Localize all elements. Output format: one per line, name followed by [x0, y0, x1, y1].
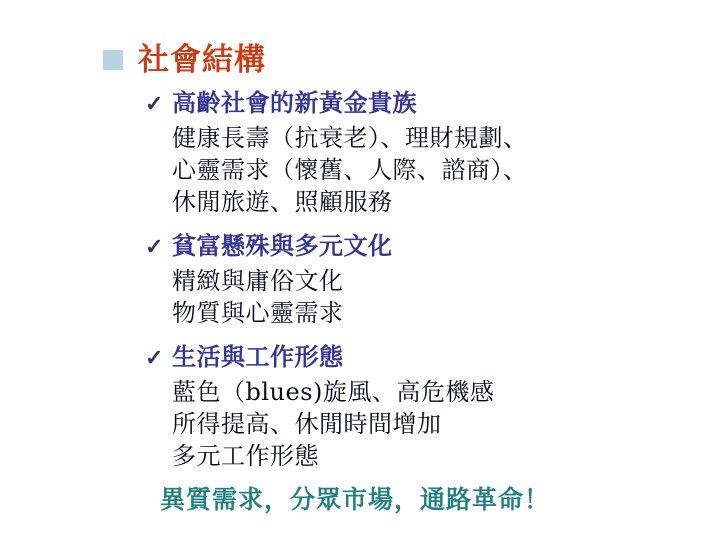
body-line: 休閒旅遊、照顧服務 [0, 186, 720, 218]
checkmark-icon: ✓ [145, 89, 172, 119]
body-line: 物質與心靈需求 [0, 297, 720, 329]
bullet-group: ✓ 生活與工作形態 藍色（blues)旋風、高危機感 所得提高、休閒時間增加 多… [0, 342, 720, 472]
body-line: 健康長壽（抗衰老）、理財規劃、 [0, 122, 720, 154]
bullet-group: ✓ 貧富懸殊與多元文化 精緻與庸俗文化 物質與心靈需求 [0, 231, 720, 329]
body-line: 精緻與庸俗文化 [0, 265, 720, 297]
body-line: 多元工作形態 [0, 440, 720, 472]
bullet-heading-row: ✓ 高齡社會的新黃金貴族 [0, 88, 720, 119]
slide: 社會結構 ✓ 高齡社會的新黃金貴族 健康長壽（抗衰老）、理財規劃、 心靈需求（懷… [0, 0, 720, 540]
bullet-heading: 生活與工作形態 [172, 342, 344, 372]
checkmark-icon: ✓ [145, 343, 172, 373]
slide-title-row: 社會結構 [0, 0, 720, 80]
bullet-heading-row: ✓ 生活與工作形態 [0, 342, 720, 373]
footer-statement: 異質需求，分眾市場，通路革命！ [0, 485, 720, 515]
slide-content: ✓ 高齡社會的新黃金貴族 健康長壽（抗衰老）、理財規劃、 心靈需求（懷舊、人際、… [0, 80, 720, 515]
bullet-heading: 高齡社會的新黃金貴族 [172, 88, 417, 118]
body-line: 心靈需求（懷舊、人際、諮商）、 [0, 154, 720, 186]
bullet-heading: 貧富懸殊與多元文化 [172, 231, 393, 261]
bullet-heading-row: ✓ 貧富懸殊與多元文化 [0, 231, 720, 262]
checkmark-icon: ✓ [145, 232, 172, 262]
square-bullet-icon [103, 50, 123, 70]
bullet-group: ✓ 高齡社會的新黃金貴族 健康長壽（抗衰老）、理財規劃、 心靈需求（懷舊、人際、… [0, 88, 720, 218]
body-line: 藍色（blues)旋風、高危機感 [0, 376, 720, 408]
slide-title: 社會結構 [138, 45, 266, 76]
body-line: 所得提高、休閒時間增加 [0, 408, 720, 440]
